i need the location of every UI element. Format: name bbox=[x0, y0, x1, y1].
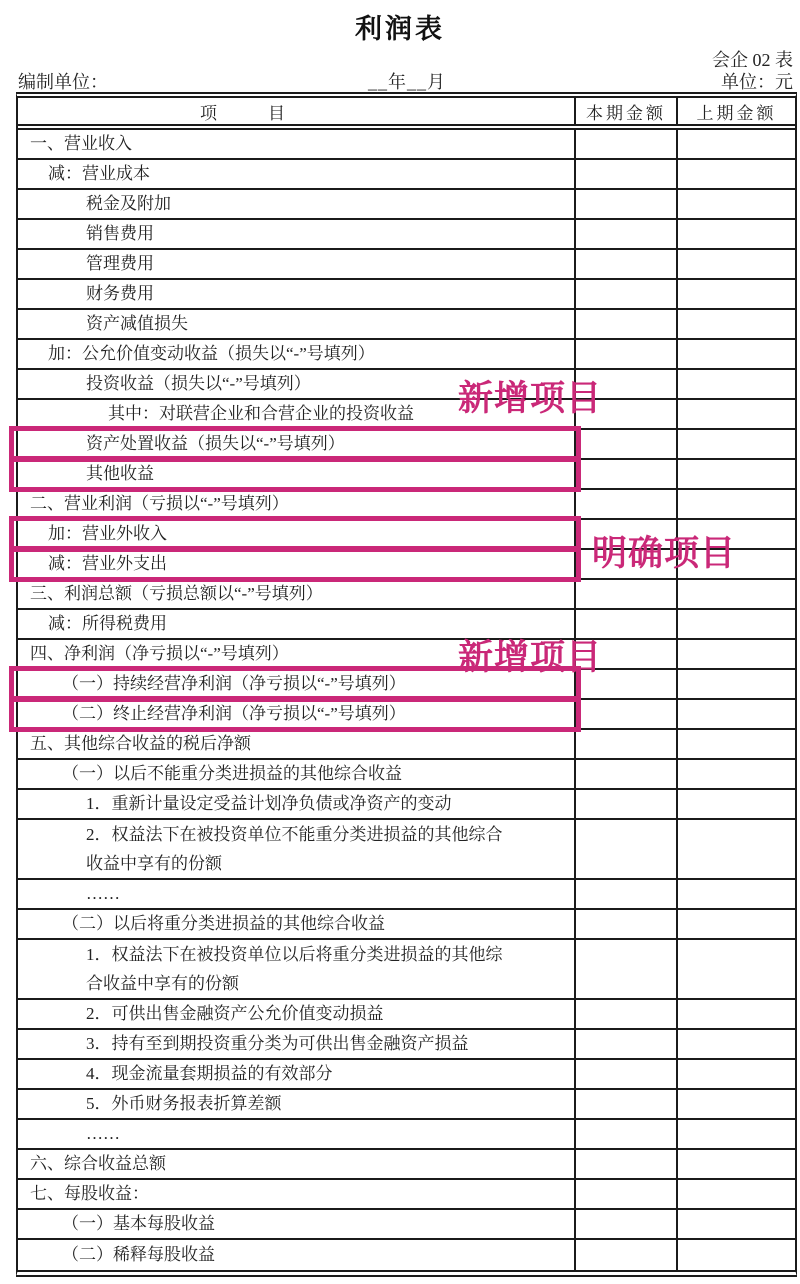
table-row: 3．持有至到期投资重分类为可供出售金融资产损益 bbox=[18, 1030, 795, 1060]
item-label: （一）基本每股收益 bbox=[18, 1210, 576, 1238]
item-label: 税金及附加 bbox=[18, 190, 576, 218]
table-row: 加：公允价值变动收益（损失以“-”号填列） bbox=[18, 340, 795, 370]
current-amount-cell bbox=[576, 760, 678, 788]
current-amount-cell bbox=[576, 1030, 678, 1058]
income-statement-page: 利润表 会企 02 表 编制单位： __年__月 单位：元 项 目 本期金额 上… bbox=[0, 0, 800, 1284]
table-row: （二）稀释每股收益 bbox=[18, 1240, 795, 1270]
table-row: 减：营业成本 bbox=[18, 160, 795, 190]
current-amount-cell bbox=[576, 910, 678, 938]
table-row: 税金及附加 bbox=[18, 190, 795, 220]
item-label: 2．权益法下在被投资单位不能重分类进损益的其他综合 收益中享有的份额 bbox=[18, 820, 576, 878]
current-amount-cell bbox=[576, 1180, 678, 1208]
item-label: （一）以后不能重分类进损益的其他综合收益 bbox=[18, 760, 576, 788]
prior-amount-cell bbox=[678, 610, 795, 638]
item-label: 5．外币财务报表折算差额 bbox=[18, 1090, 576, 1118]
header-prior-amount: 上期金额 bbox=[678, 98, 795, 124]
prior-amount-cell bbox=[678, 580, 795, 608]
item-label: 1．权益法下在被投资单位以后将重分类进损益的其他综 合收益中享有的份额 bbox=[18, 940, 576, 998]
table-row: 财务费用 bbox=[18, 280, 795, 310]
prior-amount-cell bbox=[678, 760, 795, 788]
prior-amount-cell bbox=[678, 430, 795, 458]
prior-amount-cell bbox=[678, 130, 795, 158]
item-label: …… bbox=[18, 880, 576, 908]
item-label: 二、营业利润（亏损以“-”号填列） bbox=[18, 490, 576, 518]
table-row: 4．现金流量套期损益的有效部分 bbox=[18, 1060, 795, 1090]
item-label: 资产处置收益（损失以“-”号填列） bbox=[18, 430, 576, 458]
current-amount-cell bbox=[576, 880, 678, 908]
prior-amount-cell bbox=[678, 1030, 795, 1058]
prior-amount-cell bbox=[678, 910, 795, 938]
current-amount-cell bbox=[576, 700, 678, 728]
prior-amount-cell bbox=[678, 1210, 795, 1238]
prior-amount-cell bbox=[678, 340, 795, 368]
item-label: 财务费用 bbox=[18, 280, 576, 308]
current-amount-cell bbox=[576, 250, 678, 278]
table-row: 一、营业收入 bbox=[18, 130, 795, 160]
item-label: 其他收益 bbox=[18, 460, 576, 488]
current-amount-cell bbox=[576, 460, 678, 488]
item-label: 一、营业收入 bbox=[18, 130, 576, 158]
prior-amount-cell bbox=[678, 1090, 795, 1118]
prior-amount-cell bbox=[678, 400, 795, 428]
table-row: 投资收益（损失以“-”号填列） bbox=[18, 370, 795, 400]
item-label: 管理费用 bbox=[18, 250, 576, 278]
current-amount-cell bbox=[576, 1210, 678, 1238]
prior-amount-cell bbox=[678, 820, 795, 878]
prior-amount-cell bbox=[678, 220, 795, 248]
item-label: 六、综合收益总额 bbox=[18, 1150, 576, 1178]
prior-amount-cell bbox=[678, 700, 795, 728]
item-label: 资产减值损失 bbox=[18, 310, 576, 338]
prior-amount-cell bbox=[678, 790, 795, 818]
prior-amount-cell bbox=[678, 1150, 795, 1178]
current-amount-cell bbox=[576, 130, 678, 158]
current-amount-cell bbox=[576, 220, 678, 248]
item-label: 五、其他综合收益的税后净额 bbox=[18, 730, 576, 758]
table-row: 2．可供出售金融资产公允价值变动损益 bbox=[18, 1000, 795, 1030]
unit-label: 单位：元 bbox=[721, 68, 793, 94]
table-row: （一）以后不能重分类进损益的其他综合收益 bbox=[18, 760, 795, 790]
item-label: 减：营业成本 bbox=[18, 160, 576, 188]
prior-amount-cell bbox=[678, 1060, 795, 1088]
table-row: 2．权益法下在被投资单位不能重分类进损益的其他综合 收益中享有的份额 bbox=[18, 820, 795, 880]
current-amount-cell bbox=[576, 1000, 678, 1028]
income-statement-table: 项 目 本期金额 上期金额 一、营业收入减：营业成本税金及附加销售费用管理费用财… bbox=[16, 92, 797, 1277]
current-amount-cell bbox=[576, 190, 678, 218]
prior-amount-cell bbox=[678, 880, 795, 908]
table-row: 四、净利润（净亏损以“-”号填列） bbox=[18, 640, 795, 670]
item-label: 减：所得税费用 bbox=[18, 610, 576, 638]
prior-amount-cell bbox=[678, 640, 795, 668]
period-blank: __年__月 bbox=[368, 68, 446, 94]
table-row: 其他收益 bbox=[18, 460, 795, 490]
table-header-row: 项 目 本期金额 上期金额 bbox=[18, 98, 795, 130]
prior-amount-cell bbox=[678, 940, 795, 998]
page-title: 利润表 bbox=[0, 7, 800, 46]
prior-amount-cell bbox=[678, 190, 795, 218]
current-amount-cell bbox=[576, 1060, 678, 1088]
prior-amount-cell bbox=[678, 280, 795, 308]
meta-row: 编制单位： __年__月 单位：元 bbox=[18, 68, 793, 92]
current-amount-cell bbox=[576, 940, 678, 998]
header-item-column: 项 目 bbox=[18, 98, 576, 124]
current-amount-cell bbox=[576, 730, 678, 758]
prior-amount-cell bbox=[678, 730, 795, 758]
table-row: 其中：对联营企业和合营企业的投资收益 bbox=[18, 400, 795, 430]
item-label: 1．重新计量设定受益计划净负债或净资产的变动 bbox=[18, 790, 576, 818]
table-row: 销售费用 bbox=[18, 220, 795, 250]
current-amount-cell bbox=[576, 820, 678, 878]
table-row: …… bbox=[18, 1120, 795, 1150]
item-label: 加：营业外收入 bbox=[18, 520, 576, 548]
current-amount-cell bbox=[576, 280, 678, 308]
prepared-by-label: 编制单位： bbox=[18, 68, 108, 94]
current-amount-cell bbox=[576, 310, 678, 338]
item-label: 三、利润总额（亏损总额以“-”号填列） bbox=[18, 580, 576, 608]
item-label: （二）稀释每股收益 bbox=[18, 1240, 576, 1270]
item-label: 2．可供出售金融资产公允价值变动损益 bbox=[18, 1000, 576, 1028]
prior-amount-cell bbox=[678, 1180, 795, 1208]
item-label: （二）以后将重分类进损益的其他综合收益 bbox=[18, 910, 576, 938]
table-row: 五、其他综合收益的税后净额 bbox=[18, 730, 795, 760]
current-amount-cell bbox=[576, 490, 678, 518]
table-row: 六、综合收益总额 bbox=[18, 1150, 795, 1180]
current-amount-cell bbox=[576, 430, 678, 458]
annotation-new-item-1: 新增项目 bbox=[458, 381, 602, 416]
table-row: 二、营业利润（亏损以“-”号填列） bbox=[18, 490, 795, 520]
table-row: （二）以后将重分类进损益的其他综合收益 bbox=[18, 910, 795, 940]
annotation-clarified-item: 明确项目 bbox=[592, 536, 736, 571]
item-label: …… bbox=[18, 1120, 576, 1148]
current-amount-cell bbox=[576, 1240, 678, 1270]
table-row: （二）终止经营净利润（净亏损以“-”号填列） bbox=[18, 700, 795, 730]
table-row: 资产处置收益（损失以“-”号填列） bbox=[18, 430, 795, 460]
annotation-new-item-2: 新增项目 bbox=[458, 640, 602, 675]
current-amount-cell bbox=[576, 580, 678, 608]
table-row: （一）基本每股收益 bbox=[18, 1210, 795, 1240]
current-amount-cell bbox=[576, 1090, 678, 1118]
table-row: 减：所得税费用 bbox=[18, 610, 795, 640]
table-row: 5．外币财务报表折算差额 bbox=[18, 1090, 795, 1120]
item-label: 减：营业外支出 bbox=[18, 550, 576, 578]
item-label: （二）终止经营净利润（净亏损以“-”号填列） bbox=[18, 700, 576, 728]
current-amount-cell bbox=[576, 610, 678, 638]
prior-amount-cell bbox=[678, 250, 795, 278]
prior-amount-cell bbox=[678, 670, 795, 698]
table-row: …… bbox=[18, 880, 795, 910]
item-label: 七、每股收益： bbox=[18, 1180, 576, 1208]
prior-amount-cell bbox=[678, 370, 795, 398]
table-row: 管理费用 bbox=[18, 250, 795, 280]
current-amount-cell bbox=[576, 1150, 678, 1178]
header-current-amount: 本期金额 bbox=[576, 98, 678, 124]
prior-amount-cell bbox=[678, 160, 795, 188]
item-label: 4．现金流量套期损益的有效部分 bbox=[18, 1060, 576, 1088]
table-body: 一、营业收入减：营业成本税金及附加销售费用管理费用财务费用资产减值损失加：公允价… bbox=[18, 130, 795, 1270]
current-amount-cell bbox=[576, 790, 678, 818]
prior-amount-cell bbox=[678, 1120, 795, 1148]
item-label: 加：公允价值变动收益（损失以“-”号填列） bbox=[18, 340, 576, 368]
table-row: 七、每股收益： bbox=[18, 1180, 795, 1210]
current-amount-cell bbox=[576, 160, 678, 188]
table-row: 1．权益法下在被投资单位以后将重分类进损益的其他综 合收益中享有的份额 bbox=[18, 940, 795, 1000]
prior-amount-cell bbox=[678, 1000, 795, 1028]
item-label: 3．持有至到期投资重分类为可供出售金融资产损益 bbox=[18, 1030, 576, 1058]
table-row: （一）持续经营净利润（净亏损以“-”号填列） bbox=[18, 670, 795, 700]
table-row: 1．重新计量设定受益计划净负债或净资产的变动 bbox=[18, 790, 795, 820]
prior-amount-cell bbox=[678, 490, 795, 518]
item-label: 销售费用 bbox=[18, 220, 576, 248]
prior-amount-cell bbox=[678, 1240, 795, 1270]
table-row: 资产减值损失 bbox=[18, 310, 795, 340]
prior-amount-cell bbox=[678, 310, 795, 338]
table-row: 三、利润总额（亏损总额以“-”号填列） bbox=[18, 580, 795, 610]
current-amount-cell bbox=[576, 340, 678, 368]
current-amount-cell bbox=[576, 1120, 678, 1148]
prior-amount-cell bbox=[678, 460, 795, 488]
